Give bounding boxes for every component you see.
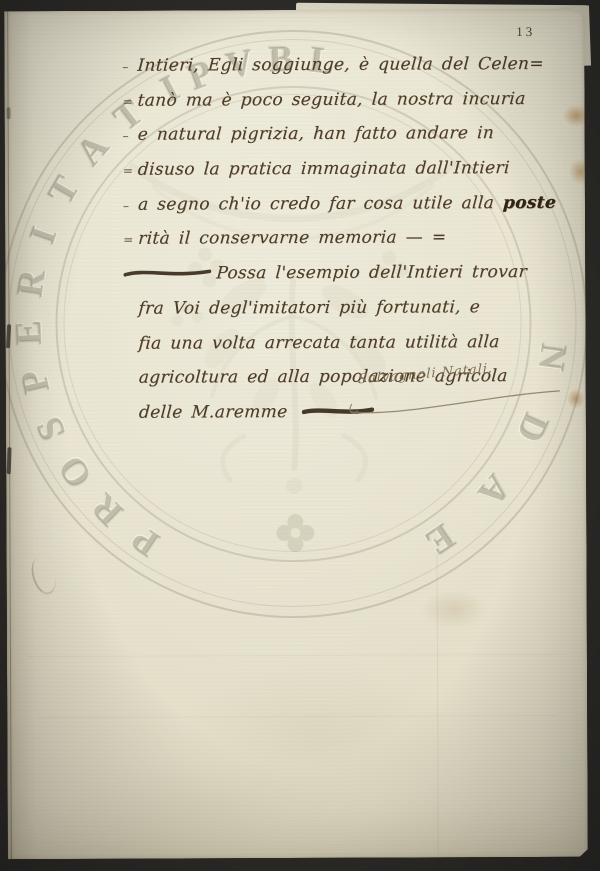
paper-crease [437, 549, 439, 854]
seal-ring-letter: R [77, 473, 143, 540]
manuscript-line: fra Voi degl'imitatori più fortunati, e [122, 290, 576, 327]
manuscript-line: –a segno ch'io credo far cosa utile alla… [122, 186, 576, 223]
paper-crease [37, 715, 557, 718]
manuscript-line: Possa l'esempio dell'Intieri trovar [122, 255, 576, 292]
paper-stain [177, 659, 458, 810]
seal-ring-letter: T [35, 161, 101, 223]
manuscript-page: PROSPERITATIPVBLNDAE [4, 9, 588, 860]
manuscript-line: =tanò ma è poco seguita, la nostra incur… [121, 81, 575, 118]
binding-stitch [7, 107, 11, 119]
manuscript-line: =disuso la pratica immaginata dall'Intie… [122, 151, 576, 188]
paper-stain [421, 589, 487, 629]
seal-ring-letter: O [46, 437, 113, 501]
scan-mat: PROSPERITATIPVBLNDAE [0, 0, 600, 871]
seal-flower-motif [272, 510, 318, 556]
seal-ring-letter: A [63, 120, 130, 186]
overinked-word: poste [502, 193, 557, 213]
binding-stitch [7, 447, 12, 474]
signature-flourish [340, 385, 568, 422]
seal-ring-letter: A [456, 454, 523, 520]
paper-crease [27, 654, 567, 657]
seal-ring-letter: P [116, 503, 180, 570]
ink-dash-flourish [123, 266, 212, 278]
continuation-mark: – [121, 50, 138, 85]
manuscript-line: =rità il conservarne memoria — = [122, 220, 576, 257]
manuscript-line: –e natural pigrizia, han fatto andare in [122, 116, 576, 153]
continuation-mark: = [122, 154, 139, 189]
manuscript-line: fia una volta arrecata tanta utilità all… [122, 324, 576, 361]
continuation-mark: – [122, 188, 139, 223]
manuscript-line: –Intieri, Egli soggiunge, è quella del C… [121, 47, 575, 84]
continuation-mark: = [121, 84, 138, 119]
continuation-mark: = [122, 223, 139, 258]
paper-stain [57, 760, 377, 851]
continuation-mark: – [121, 119, 138, 154]
page-number: 13 [516, 24, 535, 40]
